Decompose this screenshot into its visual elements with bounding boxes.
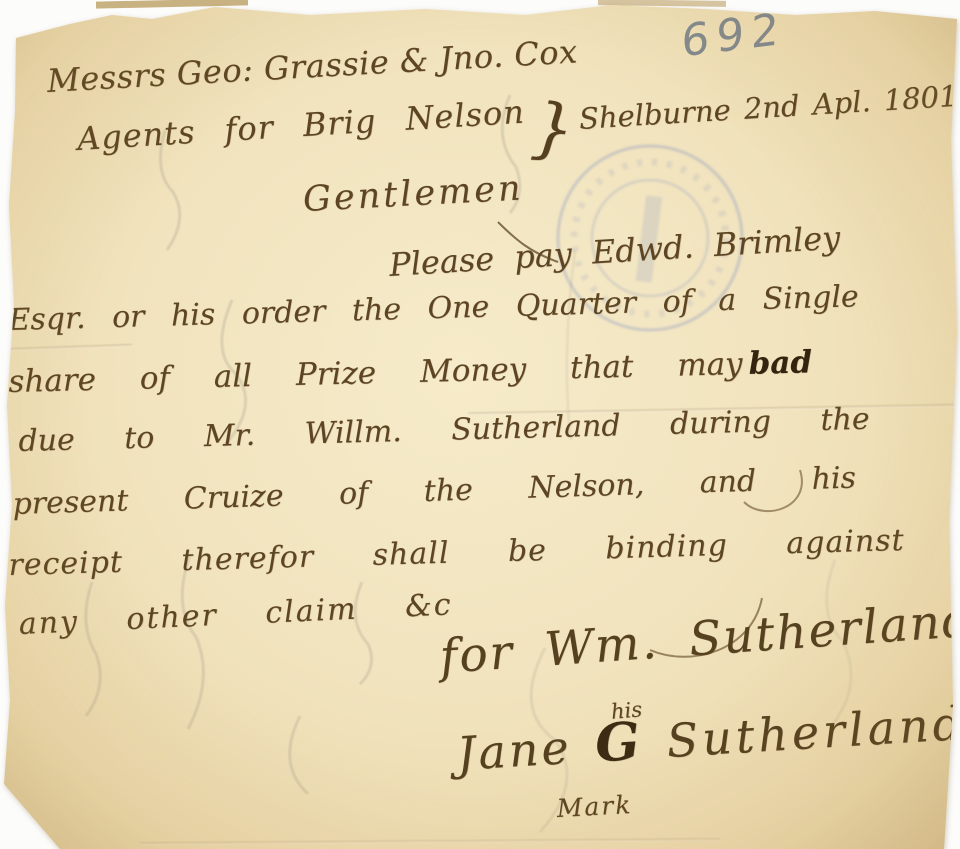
signature-first-name: Jane [455,720,573,781]
agents-line: Agents for Brig Nelson [76,93,526,158]
paper-crease [0,344,132,352]
body-line: present Cruize of the Nelson, and his [12,460,856,521]
paper-crease [140,838,720,845]
closing-signature-line: for Wm. Sutherland [438,593,960,685]
body-line: any other claim &c [18,587,453,642]
catalog-number: 692 [681,3,786,67]
body-line: receipt therefor shall be binding agains… [8,523,905,583]
signature-mark: G [593,711,644,775]
mark-annotation-bottom: Mark [556,790,633,823]
salutation: Gentlemen [302,168,524,219]
signature-line: JaneGSutherland [455,691,960,783]
opening-line: Please pay Edwd. Brimley [388,218,841,284]
body-line-text: share of all Prize Money that may [8,346,743,400]
addressee-line: Messrs Geo: Grassie & Jno. Cox [46,32,579,100]
body-line: share of all Prize Money that maybad [8,344,812,400]
signature-last-name: Sutherland [665,696,960,768]
corrected-word: bad [748,344,812,382]
letter-paper: 692 Messrs Geo: Grassie & Jno. Cox Agent… [0,0,960,849]
scan-background: 692 Messrs Geo: Grassie & Jno. Cox Agent… [0,0,960,849]
body-line: Esqr. or his order the One Quarter of a … [8,279,859,338]
brace-glyph: } [528,88,578,169]
paper-wrapper: 692 Messrs Geo: Grassie & Jno. Cox Agent… [0,0,960,849]
body-line: due to Mr. Willm. Sutherland during the [18,402,870,459]
dateline: Shelburne 2nd Apl. 1801 [578,79,958,136]
